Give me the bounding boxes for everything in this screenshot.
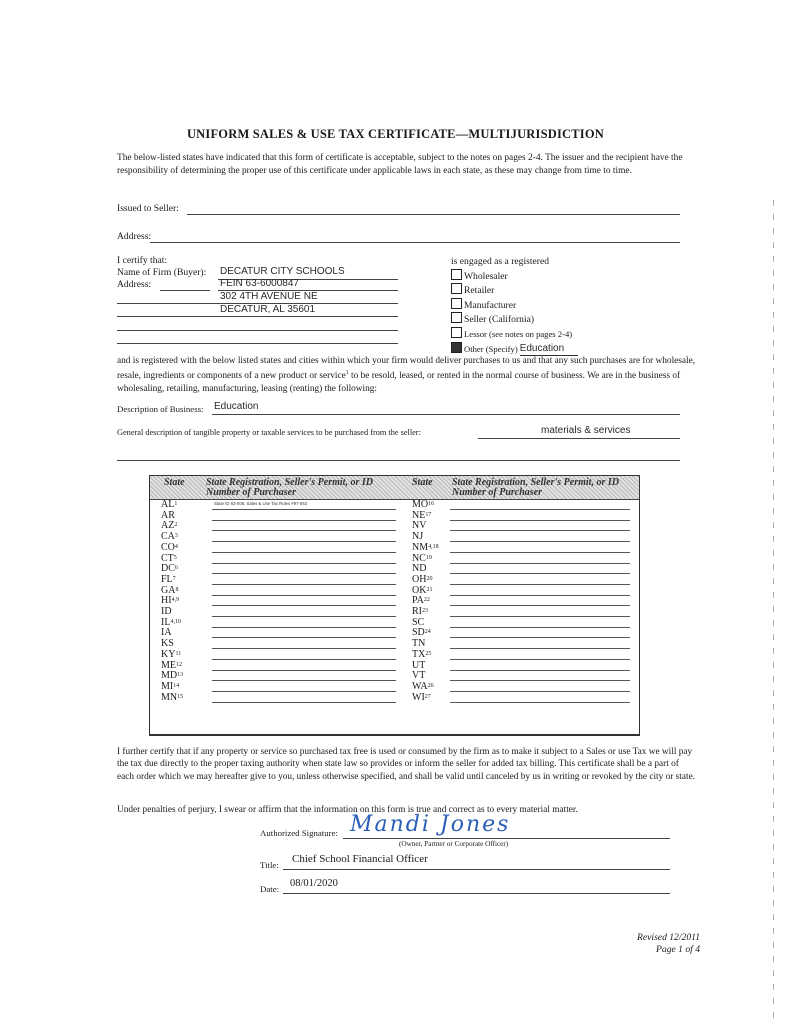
date-label: Date:: [260, 884, 279, 894]
checkbox[interactable]: [451, 298, 462, 309]
issued-to-seller-field[interactable]: [187, 214, 680, 215]
registration-field-fl[interactable]: [212, 584, 396, 585]
registration-field-wi[interactable]: [450, 702, 630, 703]
title-label: Title:: [260, 860, 279, 870]
registration-field-nm[interactable]: [450, 552, 630, 553]
registration-field-dc[interactable]: [212, 573, 396, 574]
description-underline: [212, 414, 680, 415]
registration-field-nd[interactable]: [450, 573, 630, 574]
buyer-address-underline-3: [117, 316, 398, 317]
buyer-address-line-3[interactable]: DECATUR, AL 35601: [220, 304, 315, 315]
registration-field-ne[interactable]: [450, 520, 630, 521]
firm-name-label: Name of Firm (Buyer):: [117, 267, 206, 278]
registration-field-sd[interactable]: [450, 637, 630, 638]
buyer-address-label: Address:: [117, 279, 151, 290]
business-type-group: is engaged as a registered Wholesaler Re…: [451, 256, 578, 356]
business-type-seller-california[interactable]: Seller (California): [451, 312, 578, 327]
registration-field-ia[interactable]: [212, 637, 396, 638]
registration-field-mi[interactable]: [212, 691, 396, 692]
description-label: Description of Business:: [117, 404, 204, 414]
registration-field-tn[interactable]: [450, 648, 630, 649]
business-type-other[interactable]: Other (Specify)Education: [451, 342, 578, 357]
registration-field-id[interactable]: [212, 616, 396, 617]
registration-field-ks[interactable]: [212, 648, 396, 649]
general-description-label: General description of tangible property…: [117, 428, 421, 437]
registration-field-ri[interactable]: [450, 616, 630, 617]
seller-address-field[interactable]: [150, 242, 680, 243]
registration-field-il[interactable]: [212, 627, 396, 628]
registration-field-wa[interactable]: [450, 691, 630, 692]
firm-name-value[interactable]: DECATUR CITY SCHOOLS: [220, 266, 345, 277]
al-registration-value[interactable]: State ID 63-008, Sales & Use Tax Rules #…: [214, 501, 307, 506]
seller-address-row: Address:: [117, 231, 151, 242]
checkbox-checked[interactable]: [451, 342, 462, 353]
registration-field-nc[interactable]: [450, 563, 630, 564]
buyer-address-underline-5: [117, 343, 398, 344]
signature-caption: (Owner, Partner or Corporate Officer): [399, 840, 508, 848]
issued-to-seller-row: Issued to Seller:: [117, 203, 179, 214]
business-type-manufacturer[interactable]: Manufacturer: [451, 298, 578, 313]
business-type-retailer[interactable]: Retailer: [451, 283, 578, 298]
date-value[interactable]: 08/01/2020: [290, 878, 338, 889]
engaged-label: is engaged as a registered: [451, 256, 578, 269]
checkbox[interactable]: [451, 269, 462, 280]
business-type-lessor[interactable]: Lessor (see notes on pages 2-4): [451, 327, 578, 342]
table-header: State State Registration, Seller's Permi…: [150, 476, 639, 500]
date-underline: [283, 893, 670, 894]
further-certify-paragraph: I further certify that if any property o…: [117, 746, 697, 783]
general-description-underline-2: [117, 460, 680, 461]
registration-field-ok[interactable]: [450, 595, 630, 596]
registration-field-md[interactable]: [212, 680, 396, 681]
registration-field-ut[interactable]: [450, 670, 630, 671]
buyer-address-underline-4: [117, 330, 398, 331]
registration-field-sc[interactable]: [450, 627, 630, 628]
state-registration-table: State State Registration, Seller's Permi…: [149, 475, 640, 736]
registration-field-nv[interactable]: [450, 530, 630, 531]
title-underline: [283, 869, 670, 870]
intro-paragraph: The below-listed states have indicated t…: [117, 152, 697, 177]
registration-field-ar[interactable]: [212, 520, 396, 521]
scan-edge-artifact: [773, 200, 774, 1020]
header-state-right: State: [412, 477, 433, 488]
registration-field-pa[interactable]: [450, 605, 630, 606]
checkbox[interactable]: [451, 327, 462, 338]
registration-field-ca[interactable]: [212, 541, 396, 542]
buyer-address-underline-lead: [160, 290, 210, 291]
buyer-address-line-1[interactable]: FEIN 63-6000847: [220, 278, 299, 289]
state-code-wi: WI27: [412, 693, 431, 704]
buyer-address-line-2[interactable]: 302 4TH AVENUE NE: [220, 291, 318, 302]
description-value[interactable]: Education: [214, 401, 258, 412]
issued-to-seller-label: Issued to Seller:: [117, 203, 179, 214]
registered-paragraph: and is registered with the below listed …: [117, 355, 697, 395]
registration-field-vt[interactable]: [450, 680, 630, 681]
registration-field-ga[interactable]: [212, 595, 396, 596]
registration-field-co[interactable]: [212, 552, 396, 553]
registration-field-mn[interactable]: [212, 702, 396, 703]
registration-field-ky[interactable]: [212, 659, 396, 660]
signature-value[interactable]: Mandi Jones: [350, 812, 510, 837]
registration-field-az[interactable]: [212, 530, 396, 531]
registration-field-ct[interactable]: [212, 563, 396, 564]
certify-label: I certify that:: [117, 255, 167, 266]
title-value[interactable]: Chief School Financial Officer: [292, 853, 428, 865]
page-number: Page 1 of 4: [560, 944, 700, 956]
header-state-left: State: [164, 477, 185, 488]
footer: Revised 12/2011 Page 1 of 4: [560, 932, 700, 956]
seller-address-label: Address:: [117, 231, 151, 242]
registration-field-nj[interactable]: [450, 541, 630, 542]
checkbox[interactable]: [451, 312, 462, 323]
header-registration-right-2: Number of Purchaser: [452, 487, 542, 498]
revised-date: Revised 12/2011: [560, 932, 700, 944]
registration-field-oh[interactable]: [450, 584, 630, 585]
signature-underline: [343, 838, 670, 839]
signature-label: Authorized Signature:: [260, 828, 338, 838]
registration-field-me[interactable]: [212, 670, 396, 671]
state-code-mn: MN15: [161, 693, 183, 704]
registration-field-al[interactable]: [212, 509, 396, 510]
registration-field-tx[interactable]: [450, 659, 630, 660]
business-type-wholesaler[interactable]: Wholesaler: [451, 269, 578, 284]
general-description-value[interactable]: materials & services: [541, 425, 630, 436]
checkbox[interactable]: [451, 283, 462, 294]
general-description-underline: [478, 438, 680, 439]
document-title: UNIFORM SALES & USE TAX CERTIFICATE—MULT…: [0, 127, 791, 142]
registration-field-mo[interactable]: [450, 509, 630, 510]
registration-field-hi[interactable]: [212, 605, 396, 606]
header-registration-left-2: Number of Purchaser: [206, 487, 296, 498]
